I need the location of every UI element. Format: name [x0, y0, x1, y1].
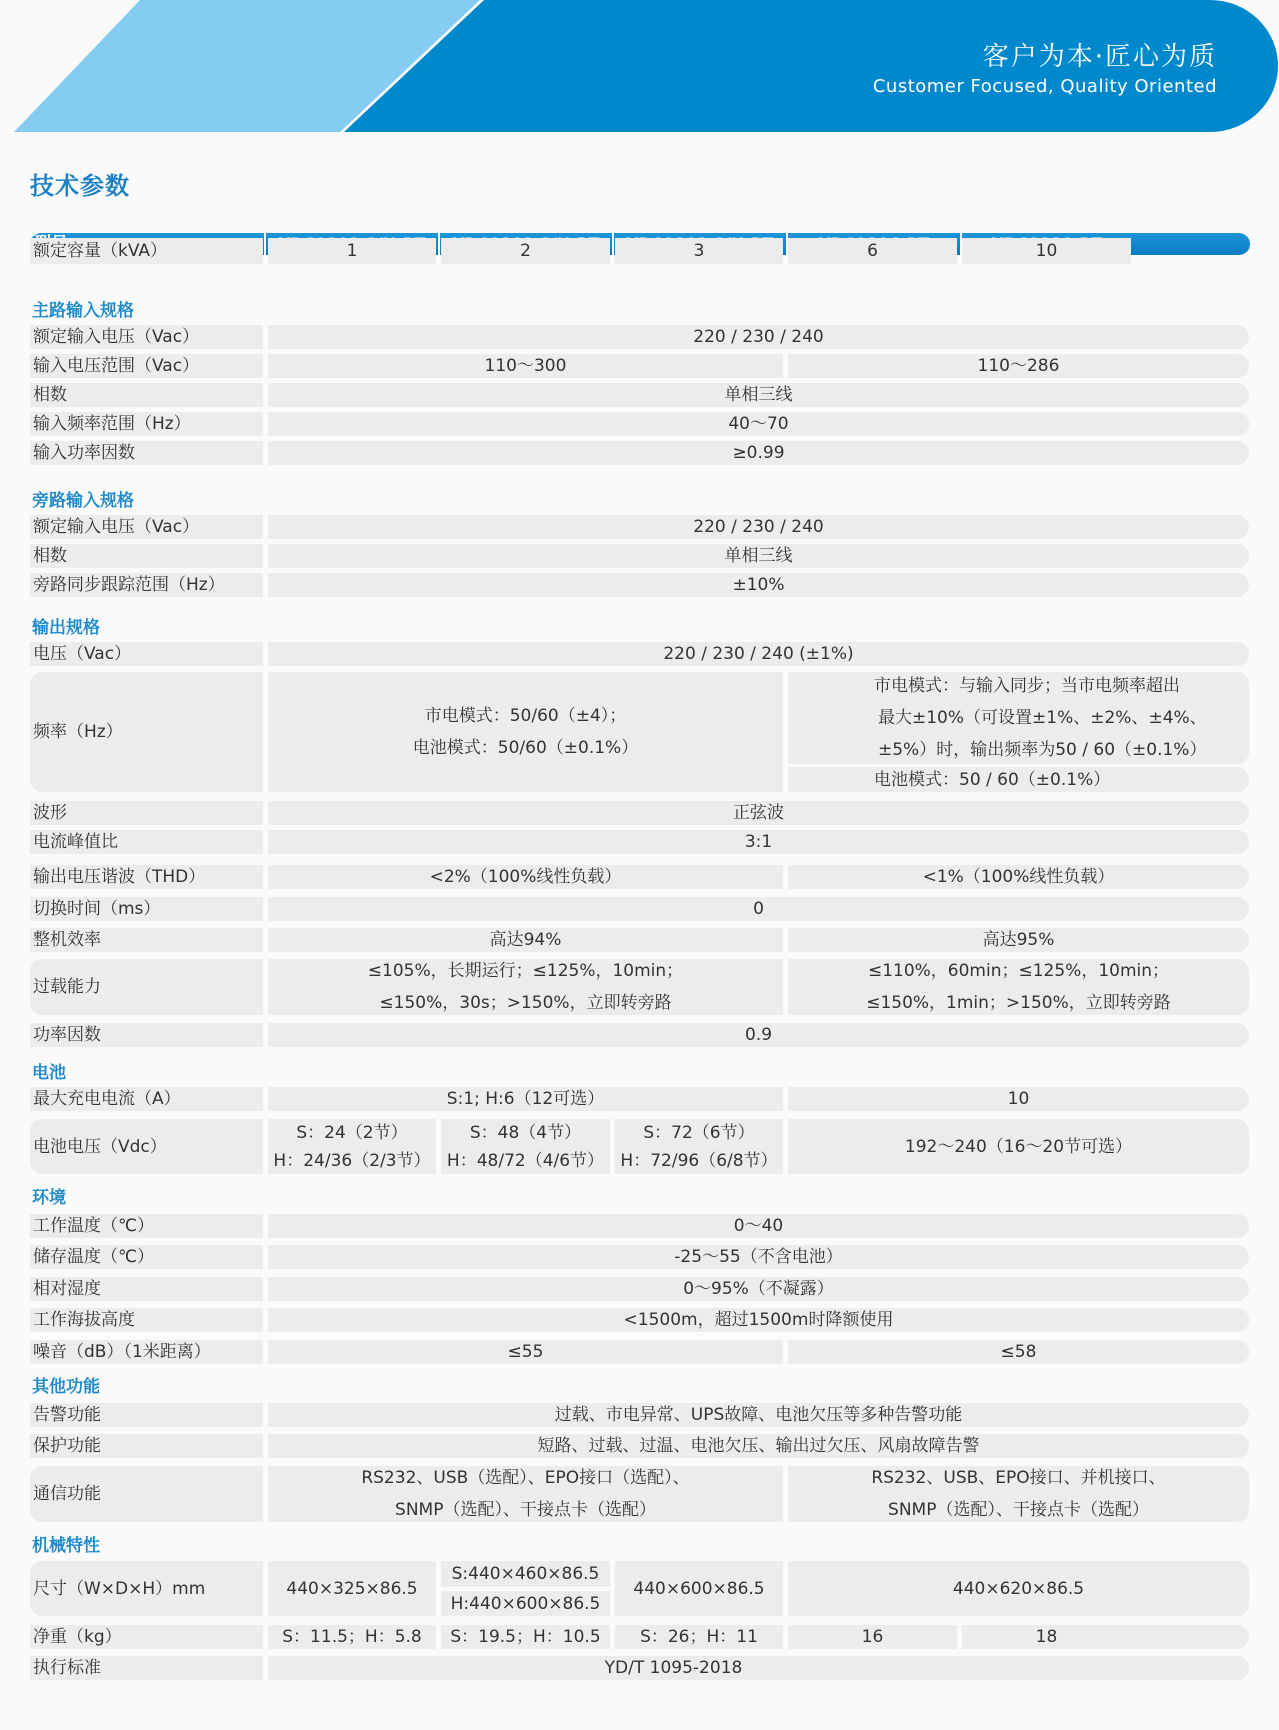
row-label-comm: 通信功能 [30, 1466, 263, 1522]
section-mechanical: 机械特性 [32, 1531, 100, 1556]
comm-large-line2: SNMP（选配）、干接点卡（选配） [888, 1494, 1149, 1526]
efficiency-large: 高达95% [788, 928, 1249, 952]
overload-large: ≤110%，60min；≤125%，10min； ≤150%，1min；>150… [788, 959, 1249, 1015]
battery-voltage-2-h: H：48/72（4/6节） [447, 1147, 604, 1175]
section-bypass-input: 旁路输入规格 [32, 486, 134, 511]
main-phase: 单相三线 [268, 383, 1249, 407]
weight-4: 16 [788, 1625, 957, 1649]
section-environment: 环境 [32, 1183, 66, 1208]
output-frequency-large-line1: 市电模式：与输入同步；当市电频率超出 [874, 670, 1180, 702]
altitude: <1500m，超过1500m时降额使用 [268, 1308, 1249, 1332]
row-label-protection: 保护功能 [30, 1434, 263, 1458]
comm-small-line2: SNMP（选配）、干接点卡（选配） [395, 1494, 656, 1526]
main-voltage-range-large: 110～286 [788, 354, 1249, 378]
section-other-functions: 其他功能 [32, 1372, 100, 1397]
row-label-output-voltage: 电压（Vac） [30, 642, 263, 666]
comm-small-line1: RS232、USB（选配）、EPO接口（选配）、 [361, 1462, 689, 1494]
row-label-battery-voltage: 电池电压（Vdc） [30, 1119, 263, 1174]
battery-voltage-3-h: H：72/96（6/8节） [620, 1147, 777, 1175]
row-label-humidity: 相对湿度 [30, 1277, 263, 1301]
row-label-noise: 噪音（dB）（1米距离） [30, 1340, 263, 1364]
section-main-input: 主路输入规格 [32, 296, 134, 321]
output-frequency-large-line3: ±5%）时，输出频率为50 / 60（±0.1%） [878, 734, 1206, 766]
dimensions-3: 440×600×86.5 [615, 1561, 783, 1616]
row-label-main-power-factor: 输入功率因数 [30, 441, 263, 465]
output-frequency-large-line2: 最大±10%（可设置±1%、±2%、±4%、 [878, 702, 1207, 734]
humidity: 0～95%（不凝露） [268, 1277, 1249, 1301]
capacity-4: 6 [788, 238, 957, 264]
comm-large: RS232、USB、EPO接口、并机接口、 SNMP（选配）、干接点卡（选配） [788, 1466, 1249, 1522]
comm-large-line1: RS232、USB、EPO接口、并机接口、 [871, 1462, 1165, 1494]
row-label-bypass-phase: 相数 [30, 544, 263, 568]
waveform: 正弦波 [268, 801, 1249, 825]
row-label-overload: 过载能力 [30, 959, 263, 1015]
op-temp: 0～40 [268, 1214, 1249, 1238]
section-battery: 电池 [32, 1058, 66, 1083]
row-label-waveform: 波形 [30, 801, 263, 825]
row-label-main-voltage-range: 输入电压范围（Vac） [30, 354, 263, 378]
row-label-op-temp: 工作温度（℃） [30, 1214, 263, 1238]
dimensions-1: 440×325×86.5 [268, 1561, 436, 1616]
charge-current-small: S:1; H:6（12可选） [268, 1087, 783, 1111]
standard: YD/T 1095-2018 [268, 1656, 1249, 1680]
battery-voltage-2-s: S：48（4节） [470, 1119, 581, 1147]
row-label-main-phase: 相数 [30, 383, 263, 407]
weight-3: S：26；H：11 [615, 1625, 783, 1649]
main-power-factor: ≥0.99 [268, 441, 1249, 465]
noise-small: ≤55 [268, 1340, 783, 1364]
row-label-output-power-factor: 功率因数 [30, 1023, 263, 1047]
comm-small: RS232、USB（选配）、EPO接口（选配）、 SNMP（选配）、干接点卡（选… [268, 1466, 783, 1522]
battery-voltage-1: S：24（2节） H：24/36（2/3节） [268, 1119, 436, 1174]
weight-5: 18 [962, 1625, 1249, 1649]
row-label-storage-temp: 储存温度（℃） [30, 1245, 263, 1269]
row-label-transfer-time: 切换时间（ms） [30, 897, 263, 921]
dimensions-2-h: H:440×600×86.5 [441, 1591, 610, 1616]
row-label-charge-current: 最大充电电流（A） [30, 1087, 263, 1111]
overload-small: ≤105%，长期运行；≤125%，10min； ≤150%，30s；>150%，… [268, 959, 783, 1015]
efficiency-small: 高达94% [268, 928, 783, 952]
row-label-bypass-sync: 旁路同步跟踪范围（Hz） [30, 573, 263, 597]
transfer-time: 0 [268, 897, 1249, 921]
row-label-capacity: 额定容量（kVA） [30, 238, 263, 264]
row-label-thd: 输出电压谐波（THD） [30, 865, 263, 889]
dimensions-large: 440×620×86.5 [788, 1561, 1249, 1616]
capacity-2: 2 [441, 238, 610, 264]
battery-voltage-3-s: S：72（6节） [643, 1119, 754, 1147]
thd-small: <2%（100%线性负载） [268, 865, 783, 889]
battery-voltage-3: S：72（6节） H：72/96（6/8节） [615, 1119, 783, 1174]
overload-small-line1: ≤105%，长期运行；≤125%，10min； [368, 955, 683, 987]
crest-factor: 3:1 [268, 830, 1249, 854]
alarm: 过载、市电异常、UPS故障、电池欠压等多种告警功能 [268, 1403, 1249, 1427]
main-freq-range: 40～70 [268, 412, 1249, 436]
row-label-bypass-rated-voltage: 额定输入电压（Vac） [30, 515, 263, 539]
row-label-output-frequency: 频率（Hz） [30, 672, 263, 792]
charge-current-large: 10 [788, 1087, 1249, 1111]
row-label-altitude: 工作海拔高度 [30, 1308, 263, 1332]
bypass-phase: 单相三线 [268, 544, 1249, 568]
output-frequency-small-line2: 电池模式：50/60（±0.1%） [413, 732, 638, 764]
row-label-standard: 执行标准 [30, 1656, 263, 1680]
output-voltage: 220 / 230 / 240 (±1%) [268, 642, 1249, 666]
battery-voltage-large: 192～240（16～20节可选） [788, 1119, 1249, 1174]
row-label-main-rated-voltage: 额定输入电压（Vac） [30, 325, 263, 349]
storage-temp: -25～55（不含电池） [268, 1245, 1249, 1269]
row-label-crest-factor: 电流峰值比 [30, 830, 263, 854]
output-frequency-large-battery: 电池模式：50 / 60（±0.1%） [788, 767, 1249, 792]
capacity-5: 10 [962, 238, 1131, 264]
thd-large: <1%（100%线性负载） [788, 865, 1249, 889]
weight-2: S：19.5；H：10.5 [441, 1625, 610, 1649]
section-output: 输出规格 [32, 613, 100, 638]
capacity-3: 3 [615, 238, 783, 264]
output-frequency-large-battery-text: 电池模式：50 / 60（±0.1%） [874, 764, 1110, 796]
row-label-efficiency: 整机效率 [30, 928, 263, 952]
output-frequency-large: 市电模式：与输入同步；当市电频率超出 最大±10%（可设置±1%、±2%、±4%… [788, 672, 1249, 764]
overload-large-line2: ≤150%，1min；>150%，立即转旁路 [866, 987, 1171, 1019]
overload-small-line2: ≤150%，30s；>150%，立即转旁路 [379, 987, 671, 1019]
main-rated-voltage: 220 / 230 / 240 [268, 325, 1249, 349]
capacity-1: 1 [268, 238, 436, 264]
bypass-sync: ±10% [268, 573, 1249, 597]
battery-voltage-2: S：48（4节） H：48/72（4/6节） [441, 1119, 610, 1174]
bypass-rated-voltage: 220 / 230 / 240 [268, 515, 1249, 539]
row-label-main-freq-range: 输入频率范围（Hz） [30, 412, 263, 436]
main-voltage-range-small: 110～300 [268, 354, 783, 378]
dimensions-2-s: S:440×460×86.5 [441, 1561, 610, 1587]
row-label-weight: 净重（kg） [30, 1625, 263, 1649]
noise-large: ≤58 [788, 1340, 1249, 1364]
weight-1: S：11.5；H：5.8 [268, 1625, 436, 1649]
output-power-factor: 0.9 [268, 1023, 1249, 1047]
output-frequency-small: 市电模式：50/60（±4）； 电池模式：50/60（±0.1%） [268, 672, 783, 792]
battery-voltage-1-s: S：24（2节） [296, 1119, 407, 1147]
battery-voltage-1-h: H：24/36（2/3节） [273, 1147, 430, 1175]
overload-large-line1: ≤110%，60min；≤125%，10min； [868, 955, 1169, 987]
protection: 短路、过载、过温、电池欠压、输出过欠压、风扇故障告警 [268, 1434, 1249, 1458]
output-frequency-small-line1: 市电模式：50/60（±4）； [425, 700, 627, 732]
table-body: 额定容量（kVA） 1 2 3 6 10 主路输入规格 额定输入电压（Vac） … [0, 0, 1279, 1730]
row-label-alarm: 告警功能 [30, 1403, 263, 1427]
row-label-dimensions: 尺寸（W×D×H）mm [30, 1561, 263, 1616]
